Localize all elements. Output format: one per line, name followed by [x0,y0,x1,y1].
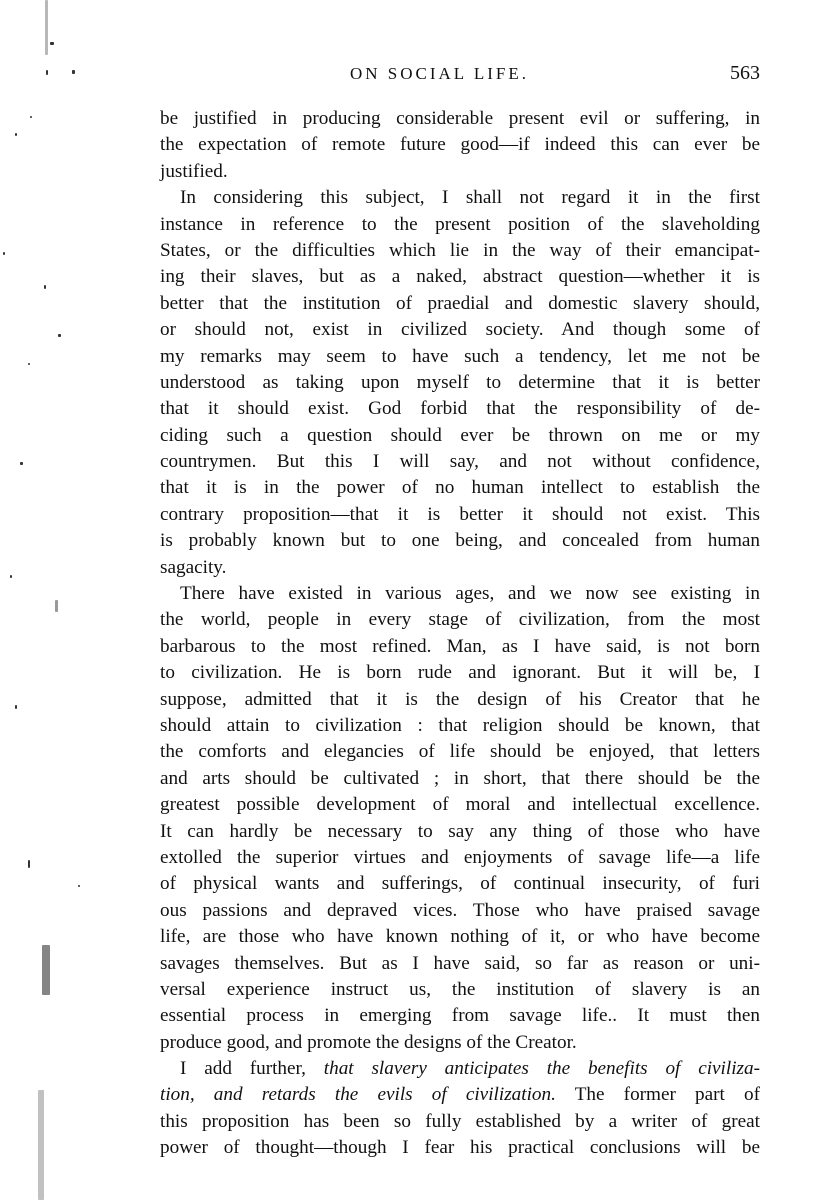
paragraph: In considering this subject, I shall not… [160,185,760,581]
text-line: extolled the superior virtues and enjoym… [160,845,760,871]
text-line: suppose, admitted that it is the design … [160,687,760,713]
text-line: ciding such a question should ever be th… [160,423,760,449]
text-line: tion, and retards the evils of civilizat… [160,1082,760,1108]
text-line: barbarous to the most refined. Man, as I… [160,634,760,660]
text-line: this proposition has been so fully estab… [160,1109,760,1135]
text-line: to civilization. He is born rude and ign… [160,660,760,686]
text-line: There have existed in various ages, and … [160,581,760,607]
italic-emphasis: tion, and retards the evils of civilizat… [160,1084,556,1105]
running-head: ON SOCIAL LIFE. 563 [160,64,760,94]
text-line: versal experience instruct us, the insti… [160,977,760,1003]
text-line: sagacity. [160,555,760,581]
text-line: my remarks may seem to have such a tende… [160,344,760,370]
text-line: greatest possible development of moral a… [160,792,760,818]
text-line: life, are those who have known nothing o… [160,924,760,950]
text-run: I add further, [180,1058,324,1079]
text-line: countrymen. But this I will say, and not… [160,449,760,475]
text-line: States, or the difficulties which lie in… [160,238,760,264]
text-line: or should not, exist in civilized societ… [160,317,760,343]
text-line: should attain to civilization : that rel… [160,713,760,739]
text-line: is probably known but to one being, and … [160,528,760,554]
body-text: be justified in producing considerable p… [160,106,760,1162]
text-line: ous passions and depraved vices. Those w… [160,898,760,924]
text-line: In considering this subject, I shall not… [160,185,760,211]
text-line: that it should exist. God forbid that th… [160,396,760,422]
text-line: the expectation of remote future good—if… [160,132,760,158]
text-line: justified. [160,159,760,185]
paragraph: There have existed in various ages, and … [160,581,760,1056]
italic-emphasis: that slavery anticipates the benefits of… [324,1058,760,1079]
paragraph: I add further, that slavery anticipates … [160,1056,760,1162]
text-line: be justified in producing considerable p… [160,106,760,132]
text-line: understood as taking upon myself to dete… [160,370,760,396]
text-line: and arts should be cultivated ; in short… [160,766,760,792]
text-line: the comforts and elegancies of life shou… [160,739,760,765]
text-line: power of thought—though I fear his pract… [160,1135,760,1161]
text-line: ing their slaves, but as a naked, abstra… [160,264,760,290]
text-line: savages themselves. But as I have said, … [160,951,760,977]
text-run: The former part of [556,1084,760,1105]
text-line: the world, people in every stage of civi… [160,607,760,633]
running-title: ON SOCIAL LIFE. [350,64,529,84]
text-line: I add further, that slavery anticipates … [160,1056,760,1082]
text-line: produce good, and promote the designs of… [160,1030,760,1056]
paragraph: be justified in producing considerable p… [160,106,760,185]
scan-margin-noise [0,0,80,1200]
text-line: better that the institution of praedial … [160,291,760,317]
text-line: instance in reference to the present pos… [160,212,760,238]
text-line: that it is in the power of no human inte… [160,475,760,501]
text-line: essential process in emerging from savag… [160,1003,760,1029]
text-line: contrary proposition—that it is better i… [160,502,760,528]
text-line: It can hardly be necessary to say any th… [160,819,760,845]
text-line: of physical wants and sufferings, of con… [160,871,760,897]
page-number: 563 [730,62,760,85]
